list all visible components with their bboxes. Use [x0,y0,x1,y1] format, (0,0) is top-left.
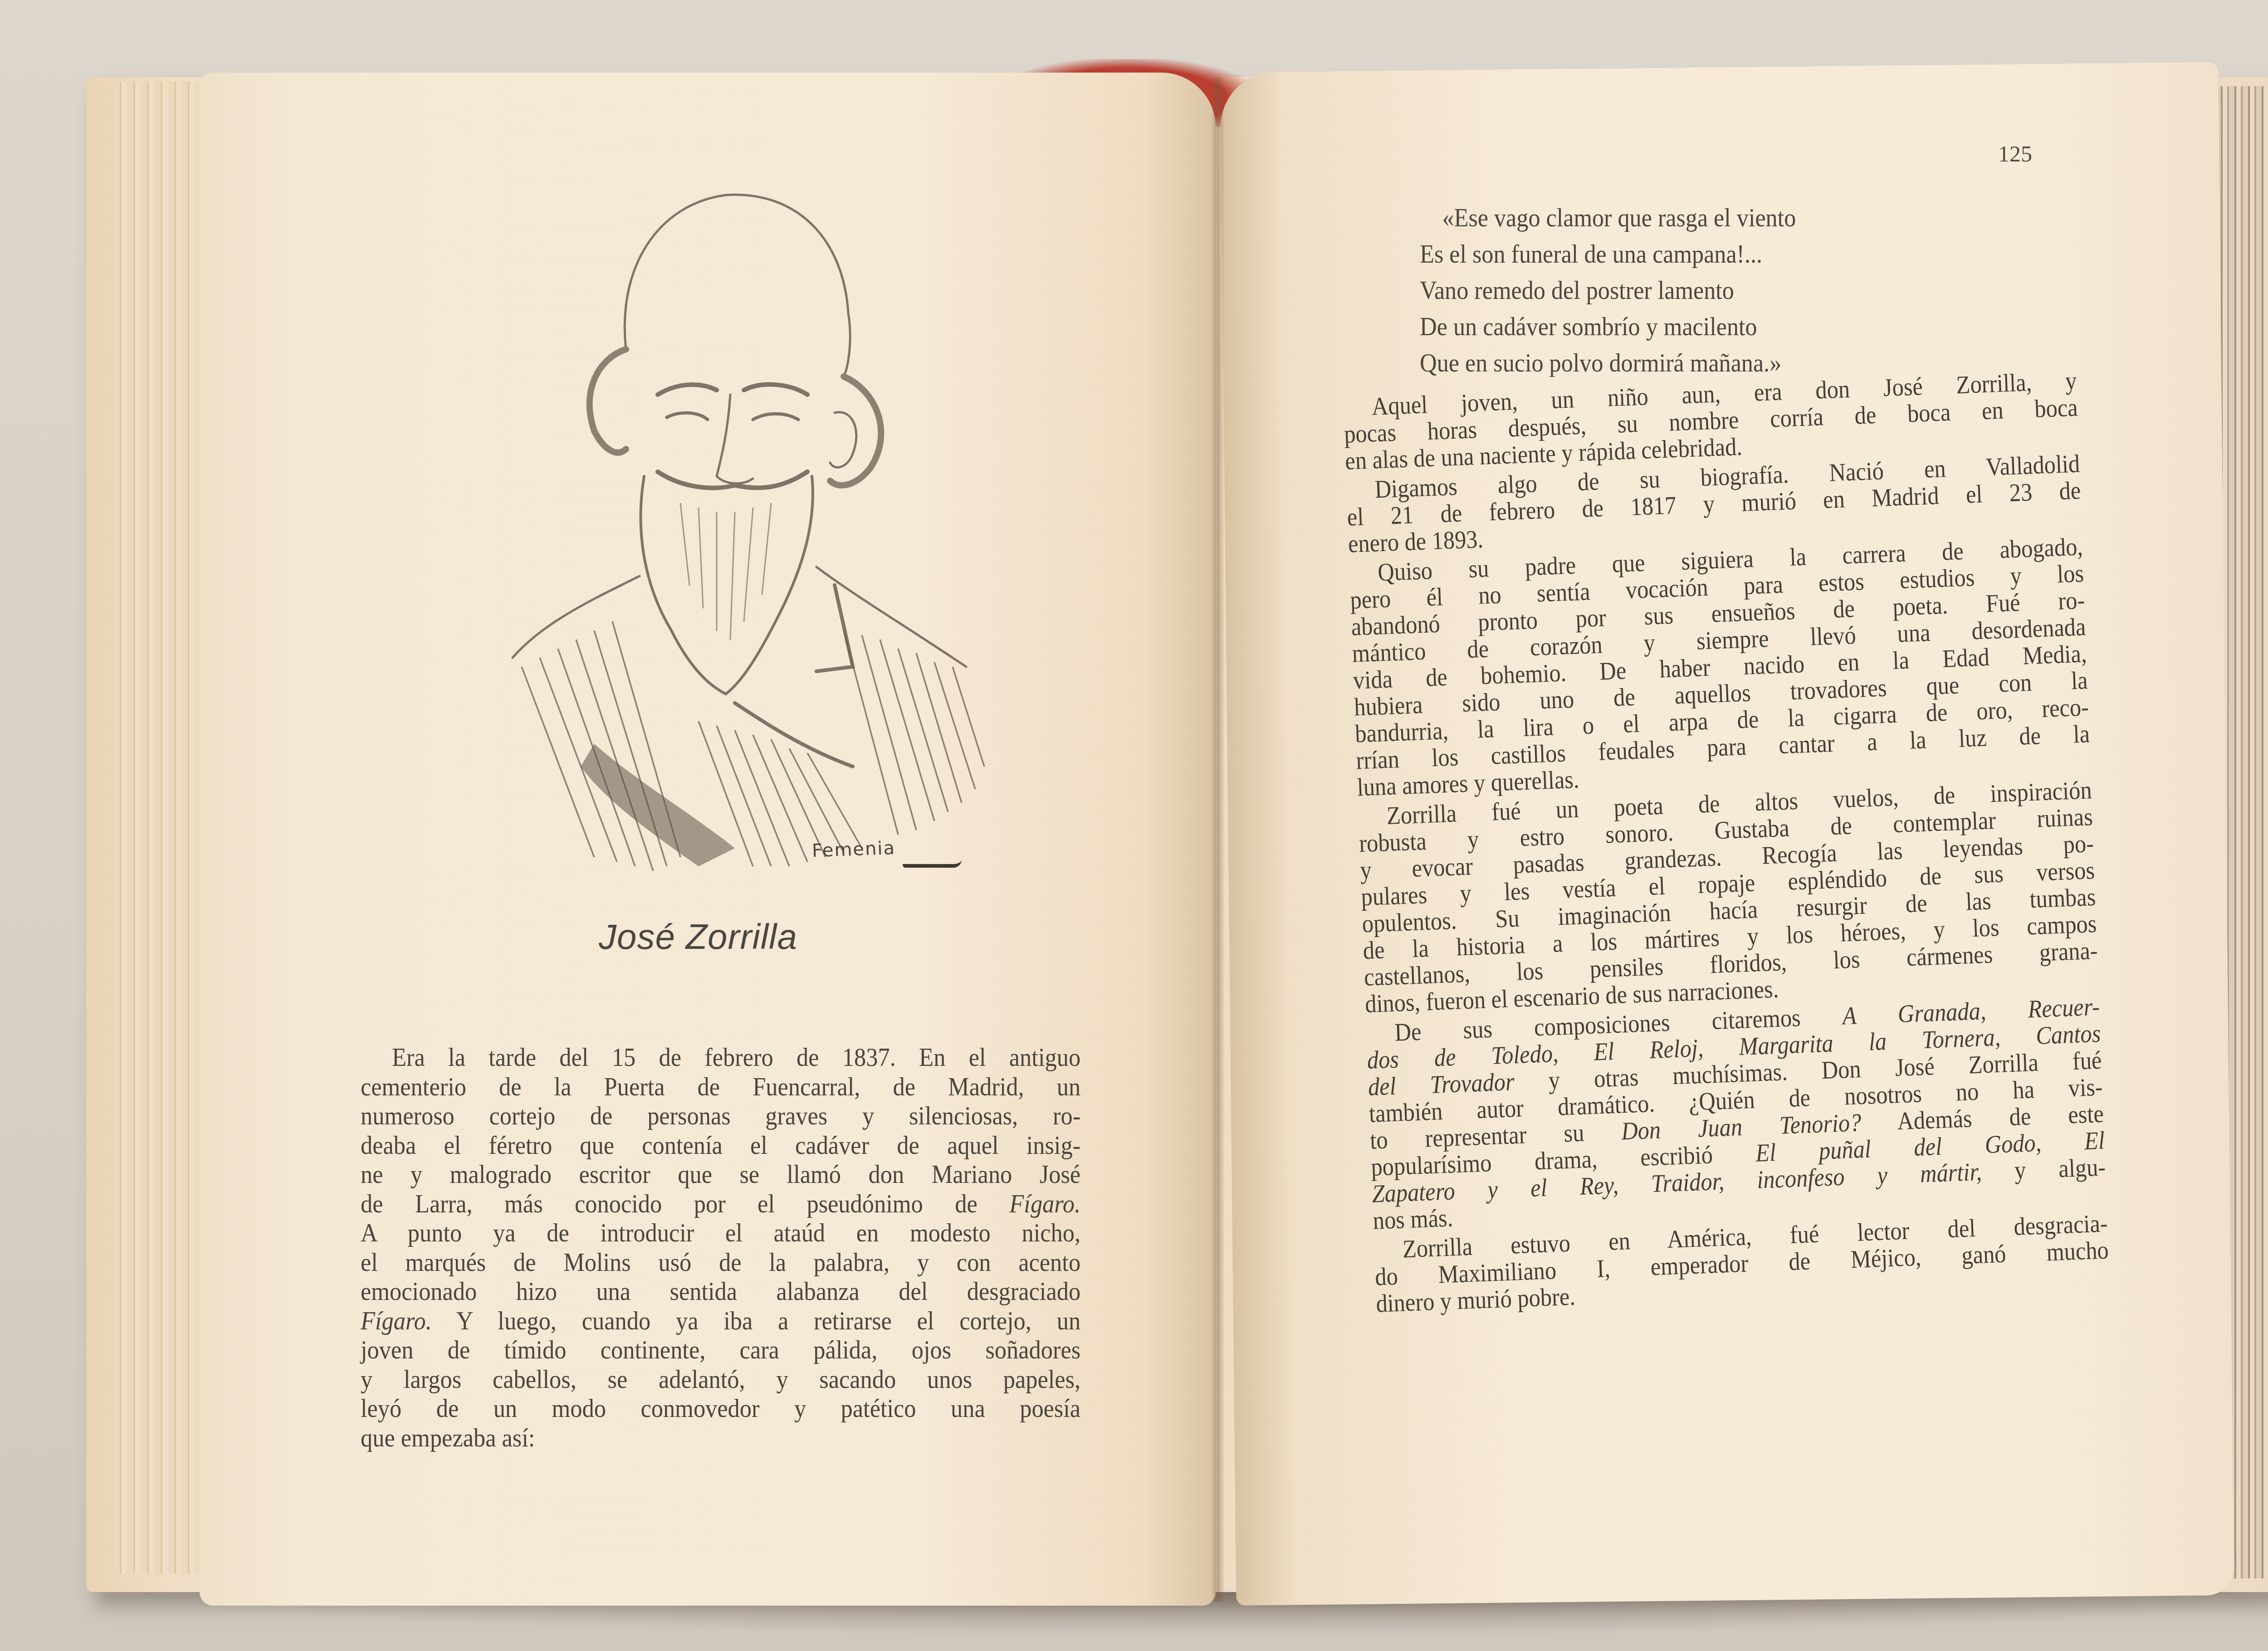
poem-verse: De un cadáver sombrío y macilento [1420,308,1950,345]
text-line: leyó de un modo conmovedor y patético un… [361,1394,1080,1424]
paragraph-youth: Quiso su padre que siguiera la carrera d… [1349,533,2092,801]
paragraph-works: De sus composiciones citaremos A Granada… [1366,994,2108,1235]
text-line: de Larra, más conocido por el pseudónimo… [361,1190,1080,1219]
text-line: y largos cabellos, se adelantó, y sacand… [361,1365,1080,1395]
text-line: cementerio de la Puerta de Fuencarral, d… [361,1073,1080,1102]
text-line: emocionado hizo una sentida alabanza del… [361,1277,1080,1307]
text-line: que empezaba así: [361,1424,1080,1453]
text-line: Fígaro. Y luego, cuando ya iba a retirar… [361,1307,1080,1336]
paragraph-poet: Zorrilla fué un poeta de altos vuelos, d… [1358,777,2100,1018]
illustrator-signature: Femenia [811,838,895,861]
text-line: joven de tímido continente, cara pálida,… [361,1336,1080,1365]
text-line: deaba el féretro que contenía el cadáver… [361,1131,1080,1161]
poem-verse: Es el son funeral de una campana!... [1420,236,1950,272]
portrait-illustration [445,177,1002,903]
right-page-body: Aquel joven, un niño aun, era don José Z… [1343,368,2111,1320]
text-line: ne y malogrado escritor que se llamó don… [361,1160,1080,1190]
poem-quote: «Ese vago clamor que rasga el viento Es … [1420,200,2009,381]
text-line: numeroso cortejo de personas graves y si… [361,1102,1080,1131]
text-line: Era la tarde del 15 de febrero de 1837. … [361,1043,1080,1073]
book-gutter [1211,77,1225,1601]
page-number: 125 [1998,141,2032,167]
text-line: el marqués de Molins usó de la palabra, … [361,1248,1080,1278]
poem-verse: «Ese vago clamor que rasga el viento [1420,200,1950,236]
left-page-body: Era la tarde del 15 de febrero de 1837. … [361,1043,1082,1453]
signature-flourish [903,860,962,868]
poem-verse: Vano remedo del postrer lamento [1420,272,1950,308]
portrait-caption: José Zorrilla [599,916,871,957]
left-page-edges [113,82,204,1574]
text-line: A punto ya de introducir el ataúd en mod… [361,1219,1080,1248]
